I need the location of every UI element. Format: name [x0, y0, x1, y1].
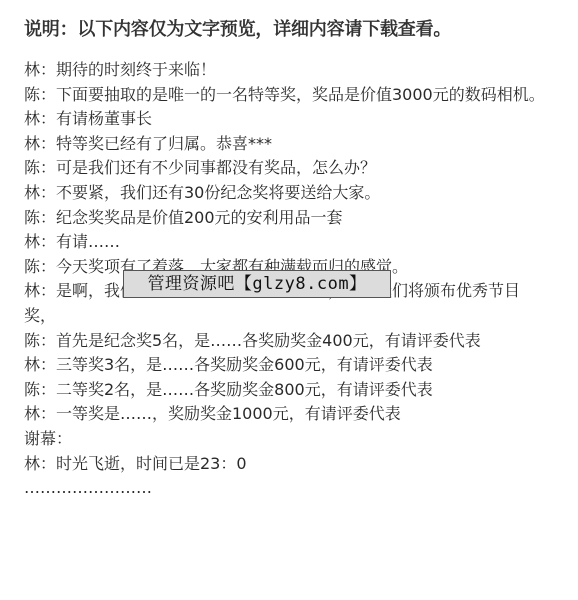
- section-heading: 谢幕：: [24, 427, 546, 452]
- dialogue-line: 林：一等奖是……，奖励奖金1000元，有请评委代表: [24, 402, 546, 427]
- dialogue-line: 林：三等奖3名，是……各奖励奖金600元，有请评委代表: [24, 353, 546, 378]
- ellipsis-line: ……………………: [24, 476, 546, 501]
- watermark-banner: 管理资源吧【glzy8.com】: [123, 270, 391, 298]
- dialogue-line: 陈：下面要抽取的是唯一的一名特等奖，奖品是价值3000元的数码相机。: [24, 83, 546, 108]
- dialogue-line: 林：时光飞逝，时间已是23：0: [24, 452, 546, 477]
- dialogue-line: 林：特等奖已经有了归属。恭喜***: [24, 132, 546, 157]
- dialogue-line: 林：不要紧，我们还有30份纪念奖将要送给大家。: [24, 181, 546, 206]
- preview-notice: 说明：以下内容仅为文字预览，详细内容请下载查看。: [24, 17, 451, 43]
- dialogue-line: 林：有请……: [24, 230, 546, 255]
- dialogue-line: 陈：首先是纪念奖5名，是……各奖励奖金400元，有请评委代表: [24, 329, 546, 354]
- dialogue-line: 林：有请杨董事长: [24, 107, 546, 132]
- dialogue-line: 陈：可是我们还有不少同事都没有奖品，怎么办？: [24, 156, 546, 181]
- dialogue-line: 陈：纪念奖奖品是价值200元的安利用品一套: [24, 206, 546, 231]
- dialogue-line: 陈：二等奖2名，是……各奖励奖金800元，有请评委代表: [24, 378, 546, 403]
- dialogue-line: 林：期待的时刻终于来临！: [24, 58, 546, 83]
